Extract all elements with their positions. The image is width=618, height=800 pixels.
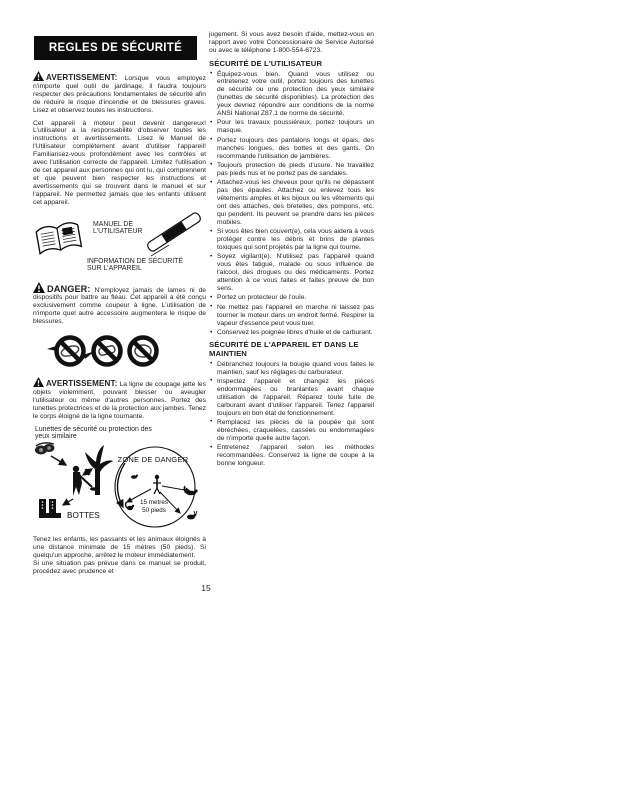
- list-item: Portez un protecteur de l'ouïe.: [209, 294, 374, 302]
- arrow-icon: [162, 486, 190, 491]
- center-person-figure: [153, 475, 161, 494]
- operator-figure: [73, 466, 98, 496]
- distance-imperial-label: 50 pieds: [142, 507, 166, 514]
- no-flail-blade-icon: [47, 338, 95, 365]
- continuation-paragraph: jugement. Si vous avez besoin d'aide, me…: [209, 31, 374, 55]
- unexpected-situation-paragraph: Si une situation pas prévue dans ce manu…: [33, 560, 206, 576]
- goggles-icon: [35, 443, 55, 455]
- squirrel-icon: [126, 502, 135, 510]
- no-metal-blade-icon: [94, 338, 121, 365]
- danger-triangle-icon: [33, 282, 45, 293]
- danger-paragraph: DANGER: N'employez jamais de lames ni de…: [33, 282, 206, 327]
- warning2-label: AVERTISSEMENT:: [46, 379, 117, 388]
- warning-triangle-icon: [33, 377, 44, 387]
- list-item: Portez toujours des pantalons longs et é…: [209, 137, 374, 161]
- section-user-safety-title: SÉCURITÉ DE L'UTILISATEUR: [209, 60, 374, 69]
- right-column: jugement. Si vous avez besoin d'aide, me…: [209, 31, 374, 469]
- warning2-paragraph: AVERTISSEMENT: La ligne de coupage jette…: [33, 377, 206, 421]
- operator-responsibility-paragraph: Cet appareil à moteur peut devenir dange…: [33, 120, 206, 207]
- manual-book-label: MANUEL DE L'UTILISATEUR: [93, 221, 149, 236]
- manual-page: REGLES DE SÉCURITÉ AVERTISSEMENT: Lorsqu…: [0, 0, 618, 800]
- danger-zone-figure: ZONE DE DANGER: [33, 441, 206, 533]
- bird-icon: [131, 475, 138, 479]
- no-saw-disc-icon: [130, 338, 157, 365]
- list-item: Toujours protection de pieds d'usure. Ne…: [209, 162, 374, 178]
- prohibited-attachments-figure: [33, 331, 206, 371]
- tree-icon: [85, 445, 113, 495]
- arrow-icon: [51, 456, 66, 465]
- page-title-text: REGLES DE SÉCURITÉ: [49, 42, 182, 54]
- arrow-icon: [83, 469, 92, 475]
- bystanders-paragraph: Tenez les enfants, les passants et les a…: [33, 536, 206, 560]
- warning1-label: AVERTISSEMENT:: [46, 73, 117, 82]
- page-title: REGLES DE SÉCURITÉ: [34, 36, 197, 60]
- manual-figure: MANUEL DE L'UTILISATEUR INFORMATION DE S…: [33, 212, 206, 278]
- list-item: Inspectez l'appareil et changez les pièc…: [209, 378, 374, 418]
- distance-metric-label: 15 metres: [140, 499, 168, 506]
- list-item: Remplacez les pièces de la poupée qui so…: [209, 419, 374, 443]
- user-safety-list: Équipez-vous bien. Quand vous utilisez o…: [209, 71, 374, 338]
- list-item: Pour les travaux poussiéreux, portez tou…: [209, 119, 374, 135]
- list-item: Si vous êtes bien couvert(e), cela vous …: [209, 228, 374, 252]
- warning-triangle-icon: [33, 71, 44, 81]
- left-column: AVERTISSEMENT: Lorsque vous employez n'i…: [33, 71, 206, 581]
- danger-zone-label: ZONE DE DANGER: [118, 455, 189, 464]
- list-item: Équipez-vous bien. Quand vous utilisez o…: [209, 71, 374, 118]
- list-item: Soyez vigilant(e). N'utilisez pas l'appa…: [209, 253, 374, 293]
- warning1-paragraph: AVERTISSEMENT: Lorsque vous employez n'i…: [33, 71, 206, 115]
- manual-book-icon: [35, 218, 85, 260]
- rabbit-icon: [187, 511, 197, 519]
- safety-decal-icon: [143, 212, 205, 258]
- danger-label: DANGER:: [47, 284, 91, 294]
- list-item: Ne mettez pas l'appareil en marche ni la…: [209, 304, 374, 328]
- list-item: Débranchez toujours la bougie quand vous…: [209, 361, 374, 377]
- section-unit-maintenance-title: SÉCURITÉ DE L'APPAREIL ET DANS LE MAINTI…: [209, 341, 374, 359]
- page-number: 15: [194, 583, 218, 593]
- arrow-icon: [63, 499, 73, 505]
- boots-label: BOTTES: [67, 511, 100, 520]
- unit-maintenance-list: Débranchez toujours la bougie quand vous…: [209, 361, 374, 468]
- boots-icon: [39, 499, 61, 518]
- list-item: Attachez-vous les cheveux pour qu'ils ne…: [209, 179, 374, 226]
- list-item: Entretenez l'appareil selon les méthodes…: [209, 444, 374, 468]
- safety-decal-label: INFORMATION DE SÉCURITÉ SUR L'APPAREIL: [87, 258, 187, 273]
- list-item: Conservez les poignée libres d'huile et …: [209, 329, 374, 337]
- goggles-caption: Lunettes de sécurité ou protection des y…: [35, 426, 153, 442]
